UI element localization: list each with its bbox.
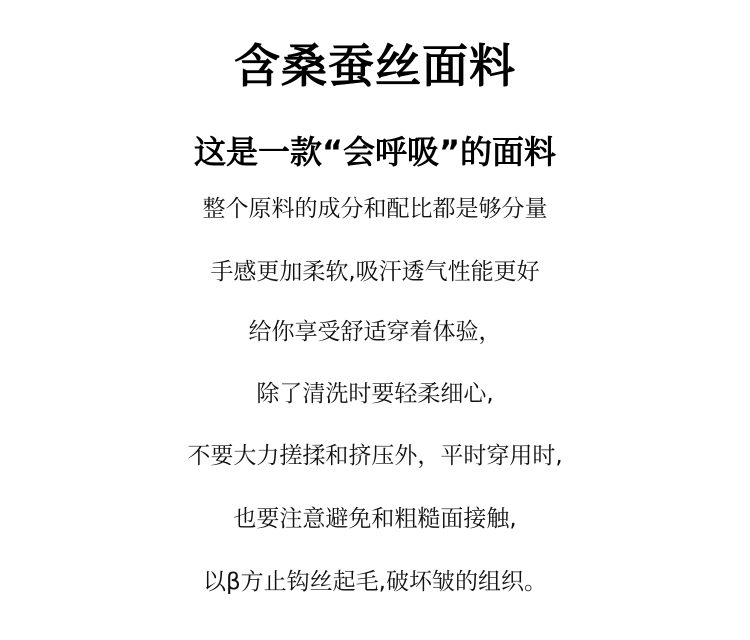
description-line: 给你享受舒适穿着体验， [0,316,750,348]
description-line: 整个原料的成分和配比都是够分量 [0,193,750,225]
description-line: 手感更加柔软,吸汗透气性能更好 [0,256,750,288]
page-subtitle: 这是一款“会呼吸”的面料 [0,130,750,174]
description-line: 也要注意避免和粗糙面接触, [0,503,750,535]
product-description-page: 含桑蚕丝面料 这是一款“会呼吸”的面料 整个原料的成分和配比都是够分量 手感更加… [0,0,750,640]
description-line: 以β方止钩丝起毛,破坏皱的组织。 [0,566,750,598]
description-line: 不要大力搓揉和挤压外，平时穿用时, [0,440,750,472]
description-line: 除了清洗时要轻柔细心, [0,378,750,410]
page-title: 含桑蚕丝面料 [0,36,750,96]
